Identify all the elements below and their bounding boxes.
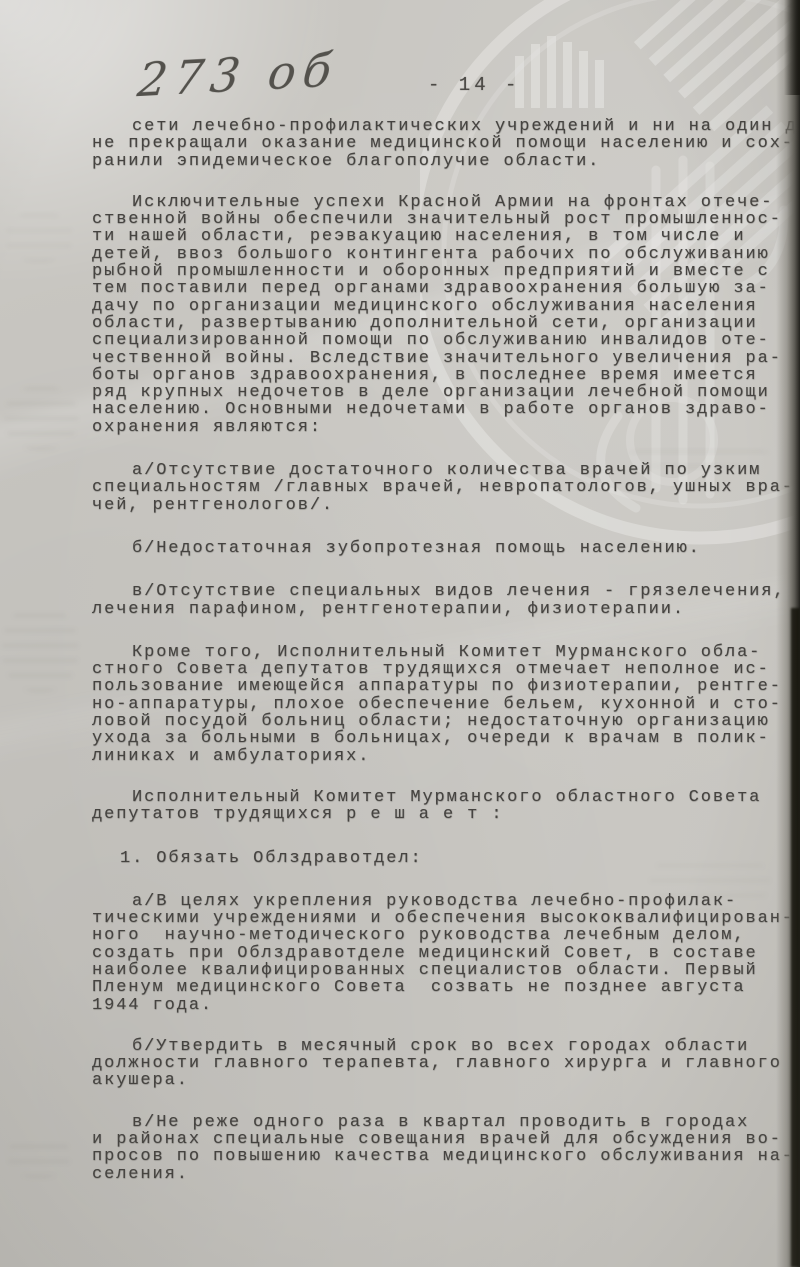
list-item-v-quarterly-meetings: в/Не реже одного раза в квартал проводит… (92, 1114, 800, 1183)
page-edge-right (776, 0, 800, 1267)
page-corner-top-right (784, 0, 800, 95)
document-body: сети лечебно-профилактических учреждений… (92, 118, 800, 1183)
document-page: 273 об - 14 - сети лечебно-профилактичес… (0, 0, 800, 1267)
folio-mark-handwritten: 273 об (135, 43, 342, 108)
list-item-v-special-treatments: в/Отсутствие специальных видов лечения -… (92, 583, 800, 618)
paragraph-committee-resolves: Исполнительный Комитет Мурманского облас… (92, 789, 800, 824)
list-item-b-chief-positions: б/Утвердить в месячный срок во всех горо… (92, 1038, 800, 1090)
list-item-a-doctor-shortage: а/Отсутствие достаточного количества вра… (92, 462, 800, 514)
paragraph-committee-notes: Кроме того, Исполнительный Комитет Мурма… (92, 644, 800, 765)
bleed-through-smudge (8, 1134, 70, 1178)
resolution-item-1: 1. Обязать Облздравотдел: (92, 850, 800, 867)
paragraph-network-preserved: сети лечебно-профилактических учреждений… (92, 118, 800, 170)
bleed-through-smudge (4, 386, 78, 450)
list-item-a-medical-council: а/В целях укрепления руководства лечебно… (92, 893, 800, 1014)
page-number: - 14 - (428, 74, 520, 96)
bleed-through-smudge (2, 606, 78, 692)
list-item-b-dental-care: б/Недостаточная зубопротезная помощь нас… (92, 540, 800, 557)
paragraph-red-army-successes: Исключительные успехи Красной Армии на ф… (92, 194, 800, 436)
bleed-through-smudge (6, 212, 72, 262)
